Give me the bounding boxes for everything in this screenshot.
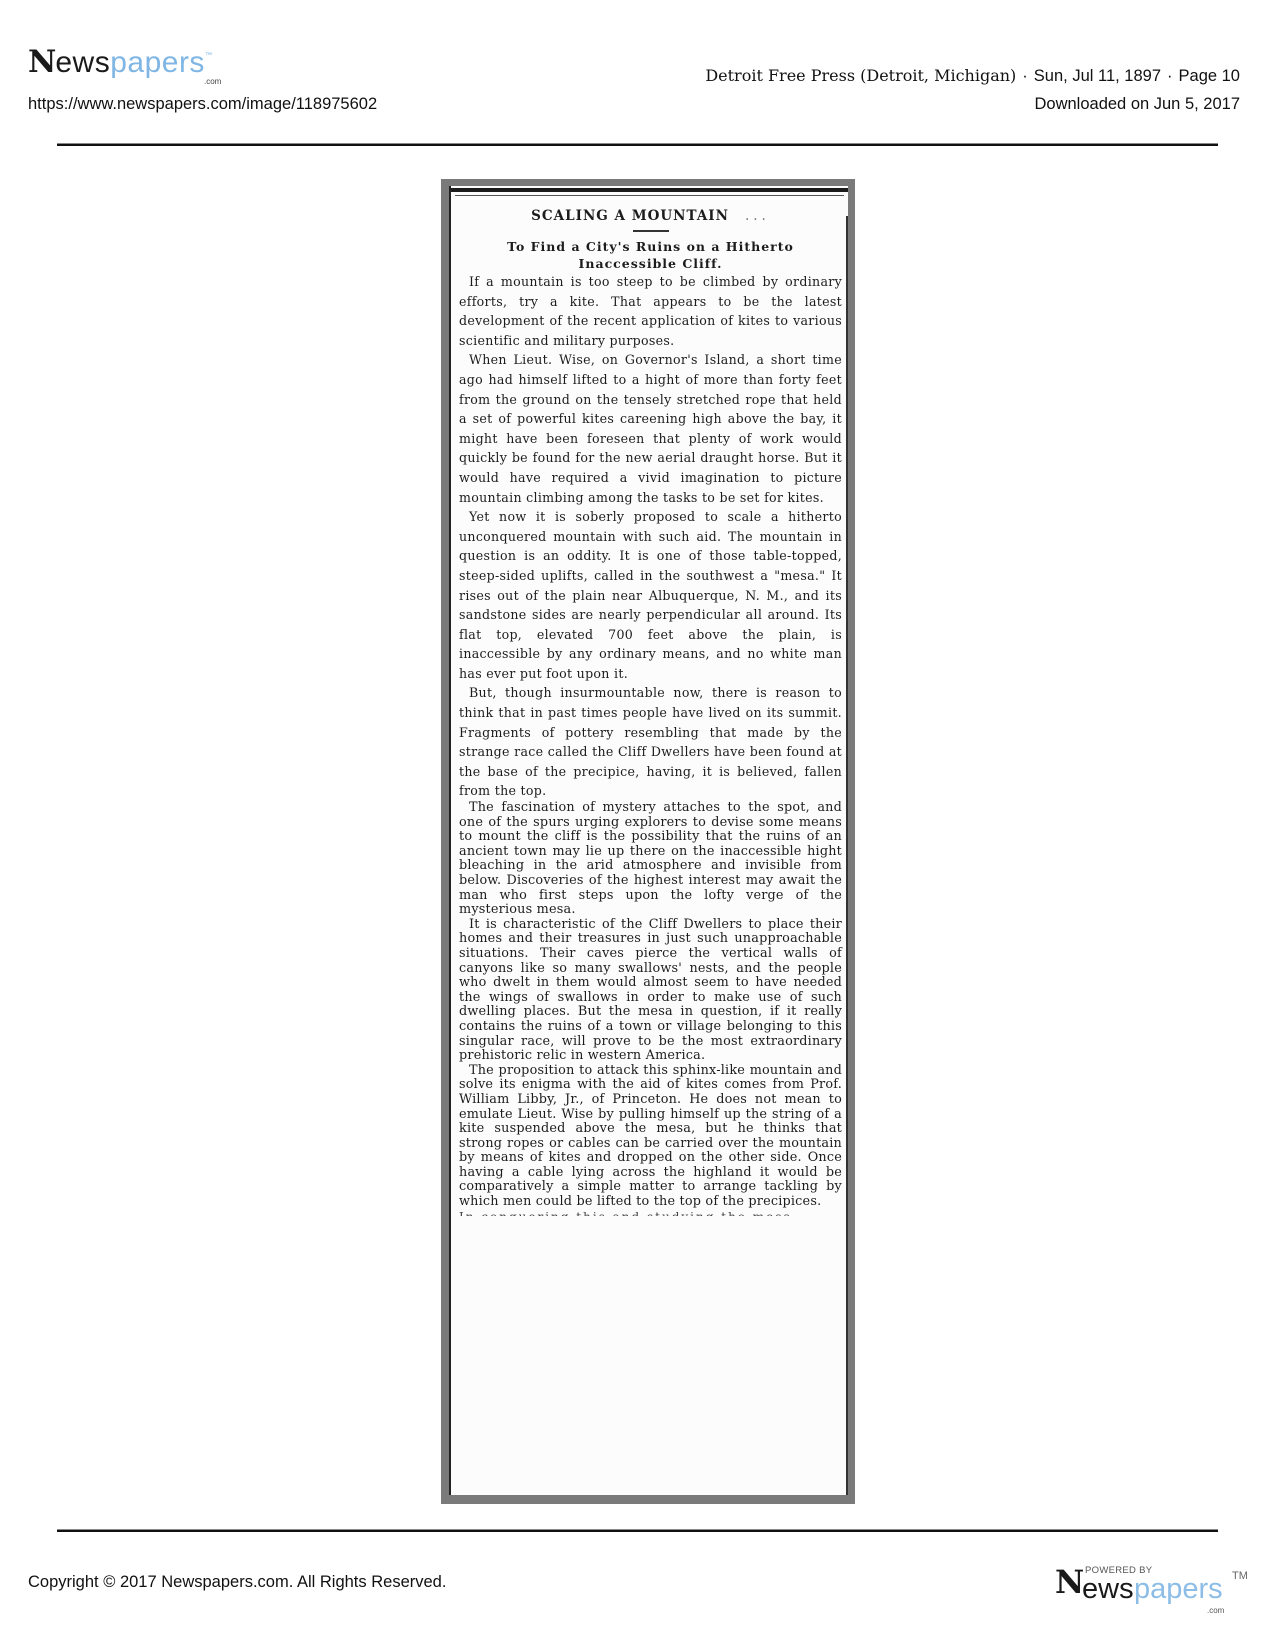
clipping-paper: SCALING A MOUNTAIN... To Find a City's R… bbox=[449, 186, 848, 1495]
paragraph: When Lieut. Wise, on Governor's Island, … bbox=[459, 350, 842, 507]
subhead-line-1: To Find a City's Ruins on a Hitherto bbox=[459, 238, 842, 255]
column-right-rule bbox=[846, 216, 848, 1495]
image-url[interactable]: https://www.newspapers.com/image/1189756… bbox=[28, 95, 377, 114]
logo-blackletter-n: N bbox=[1055, 1563, 1084, 1601]
newspapers-logo[interactable]: Newspapers™ .com bbox=[28, 44, 212, 90]
logo-papers: papers bbox=[1134, 1573, 1223, 1606]
separator: · bbox=[1022, 67, 1028, 85]
powered-by-newspapers-logo[interactable]: N POWERED BY ews papers TM .com bbox=[1055, 1563, 1255, 1613]
logo-blackletter-n: N bbox=[28, 44, 55, 80]
article-subhead: To Find a City's Ruins on a Hitherto Ina… bbox=[459, 238, 842, 272]
headline-text: SCALING A MOUNTAIN bbox=[531, 208, 729, 224]
column-top-rule bbox=[451, 188, 848, 192]
article-headline: SCALING A MOUNTAIN... bbox=[459, 208, 842, 224]
footer-divider bbox=[57, 1529, 1218, 1532]
paragraph: Yet now it is soberly proposed to scale … bbox=[459, 507, 842, 683]
download-date: Downloaded on Jun 5, 2017 bbox=[1035, 95, 1241, 114]
newspaper-clipping: SCALING A MOUNTAIN... To Find a City's R… bbox=[441, 179, 855, 1504]
paragraph: The proposition to attack this sphinx-li… bbox=[459, 1064, 842, 1210]
header-divider bbox=[57, 143, 1218, 146]
paragraph: If a mountain is too steep to be climbed… bbox=[459, 272, 842, 350]
paragraph: But, though insurmountable now, there is… bbox=[459, 683, 842, 801]
logo-trademark: TM bbox=[1232, 1570, 1248, 1582]
logo-dotcom: .com bbox=[204, 77, 221, 86]
subhead-line-2: Inaccessible Cliff. bbox=[459, 255, 842, 272]
article: SCALING A MOUNTAIN... To Find a City's R… bbox=[459, 200, 842, 1216]
cut-off-line: In conquering this and studying the mesa bbox=[459, 1210, 842, 1216]
separator: · bbox=[1167, 67, 1173, 85]
paragraph: The fascination of mystery attaches to t… bbox=[459, 801, 842, 918]
logo-trademark: ™ bbox=[205, 52, 212, 59]
paragraph: It is characteristic of the Cliff Dwelle… bbox=[459, 918, 842, 1064]
publication-name: Detroit Free Press (Detroit, Michigan) bbox=[705, 66, 1016, 85]
headline-rule bbox=[633, 230, 669, 232]
logo-dotcom: .com bbox=[1207, 1606, 1224, 1615]
copyright-notice: Copyright © 2017 Newspapers.com. All Rig… bbox=[28, 1573, 446, 1592]
logo-ews: ews bbox=[55, 46, 110, 79]
column-top-rule-thin bbox=[455, 195, 844, 196]
headline-dots: ... bbox=[745, 208, 770, 224]
publication-date: Sun, Jul 11, 1897 bbox=[1034, 67, 1161, 85]
logo-papers: papers bbox=[110, 46, 205, 79]
page-number: Page 10 bbox=[1179, 67, 1240, 85]
logo-ews: ews bbox=[1082, 1573, 1134, 1606]
publication-meta: Detroit Free Press (Detroit, Michigan)·S… bbox=[705, 66, 1240, 86]
